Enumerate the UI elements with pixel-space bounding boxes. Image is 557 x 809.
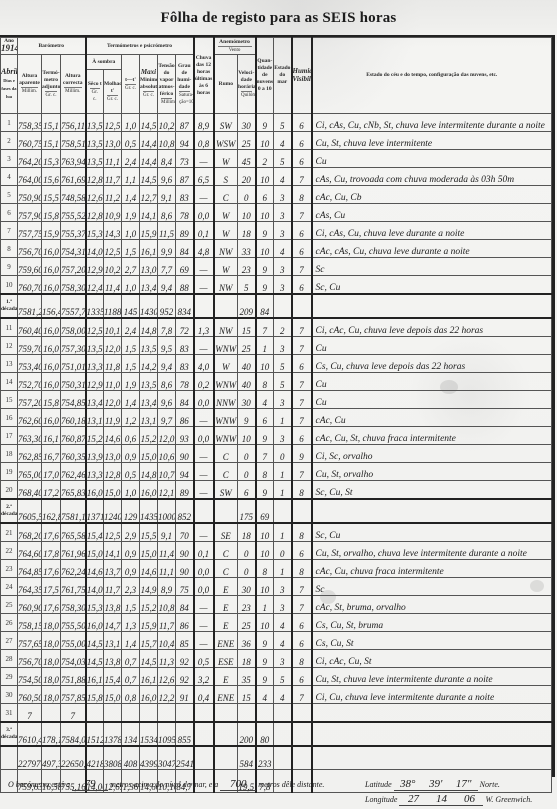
cell-alt_cor: 7 — [61, 704, 86, 723]
total-vis — [292, 294, 312, 318]
cell-humid: 86 — [176, 409, 194, 427]
cell-seco: 12,4 — [86, 276, 104, 295]
humidade-header: Grau de humi-dadeSatura-ção=100 — [176, 55, 194, 114]
cell-tens: 12,2 — [158, 686, 176, 704]
register-sheet: Ano1914 Barómetro Termómetros e psicróme… — [0, 35, 555, 777]
table-row: 10760,7016,0758,3012,411,41,013,49,488—N… — [1, 276, 552, 295]
cell-chuva: 0,0 — [194, 204, 214, 222]
cell-vis: 7 — [292, 596, 312, 614]
cell-vis: 6 — [292, 276, 312, 295]
cell-chuva: — — [194, 632, 214, 650]
cell-term: 18,0 — [42, 632, 61, 650]
cell-mar: 1 — [274, 409, 292, 427]
cell-alt_cor: 762,24 — [61, 560, 86, 578]
cell-dif: 1,0 — [122, 222, 140, 240]
barometro-header: Barómetro — [18, 38, 86, 55]
cell-molh: 11,8 — [104, 355, 122, 373]
cell-chuva: — — [194, 258, 214, 276]
cell-alt_ap: 760,75 — [18, 132, 42, 150]
day-number: 27 — [1, 632, 18, 650]
cell-dif: 2,3 — [122, 578, 140, 596]
cell-dif: 2,4 — [122, 318, 140, 337]
cell-nuv: 8 — [256, 560, 274, 578]
day-number: 29 — [1, 668, 18, 686]
cell-tens: 9,6 — [158, 391, 176, 409]
cell-seco: 13,5 — [86, 150, 104, 168]
day-number: 28 — [1, 650, 18, 668]
total-tens: 1095 — [158, 722, 176, 746]
cell-alt_ap: 760,90 — [18, 596, 42, 614]
estado-mar-header: Estado do mar — [274, 38, 292, 114]
cell-mar: 0 — [274, 445, 292, 463]
cell-chuva: — — [194, 150, 214, 168]
cell-alt_ap: 764,20 — [18, 150, 42, 168]
cell-alt_ap: 768,20 — [18, 523, 42, 542]
cell-humid: 85 — [176, 632, 194, 650]
cell-vel: 35 — [238, 668, 256, 686]
total-mar — [274, 746, 292, 770]
day-number: 3 — [1, 150, 18, 168]
total-alt_cor: 7581,14 — [61, 499, 86, 523]
table-row: 15757,2015,8754,8513,412,01,413,49,6840,… — [1, 391, 552, 409]
cell-alt_cor: 758,30 — [61, 276, 86, 295]
cell-mar: 3 — [274, 276, 292, 295]
cell-tens: 10,8 — [158, 132, 176, 150]
cell-mar: 3 — [274, 596, 292, 614]
total-humid: 2541 — [176, 746, 194, 770]
cell-humid: 88 — [176, 276, 194, 295]
cell-dif: 1,5 — [122, 240, 140, 258]
table-row: 26758,1518,0755,5016,014,71,315,911,786—… — [1, 614, 552, 632]
cell-alt_cor: 755,37 — [61, 222, 86, 240]
cell-dif: 0,7 — [122, 668, 140, 686]
cell-obs: Ci, cAc, Cu, St — [312, 650, 552, 668]
total-molh: 3808 — [104, 746, 122, 770]
cell-rumo: S — [214, 168, 238, 186]
day-number: 24 — [1, 578, 18, 596]
cell-rumo: E — [214, 578, 238, 596]
cell-alt_ap: 764,60 — [18, 542, 42, 560]
cell-nuv: 2 — [256, 150, 274, 168]
daily-records: 1758,3515,1756,1113,512,51,014,510,2878,… — [1, 114, 552, 793]
cell-tens: 10,6 — [158, 445, 176, 463]
cell-humid: 83 — [176, 355, 194, 373]
cell-chuva: — — [194, 523, 214, 542]
cell-obs: Cu — [312, 391, 552, 409]
cell-nuv: 1 — [256, 337, 274, 355]
day-number: 6 — [1, 204, 18, 222]
cell-term: 16,0 — [42, 318, 61, 337]
cell-vel: 9 — [238, 409, 256, 427]
cell-nuv: 9 — [256, 632, 274, 650]
cell-obs: Cu, St, chuva leve intermitente — [312, 132, 552, 150]
total-molh: 1188 — [104, 294, 122, 318]
velocidade-header: Veloci-dade horáriaQuilóm. — [238, 55, 256, 114]
cell-alt_cor: 761,75 — [61, 578, 86, 596]
cell-obs: Sc, Cu — [312, 276, 552, 295]
cell-alt_ap: 752,70 — [18, 373, 42, 391]
total-mar — [274, 294, 292, 318]
cell-term: 15,6 — [42, 168, 61, 186]
minimo-header: MaxiMinimo absolutoGr. c. — [140, 55, 158, 114]
cell-seco: 12,6 — [86, 186, 104, 204]
total-obs — [312, 722, 552, 746]
cell-seco: 12,9 — [86, 373, 104, 391]
cell-min: 15,9 — [140, 222, 158, 240]
day-number: 16 — [1, 409, 18, 427]
cell-alt_cor: 757,85 — [61, 686, 86, 704]
table-row: 24764,3517,5761,7514,011,72,314,98,9750,… — [1, 578, 552, 596]
cell-seco: 13,3 — [86, 463, 104, 481]
cell-mar: 4 — [274, 168, 292, 186]
cell-obs: Cu, St, chuva leve intermitente durante … — [312, 668, 552, 686]
month-header: AbrilDias e fases da lua — [1, 55, 18, 114]
cell-tens: 12,1 — [158, 481, 176, 500]
cell-alt_cor: 757,30 — [61, 337, 86, 355]
cell-molh: 14,1 — [104, 542, 122, 560]
cell-nuv: 10 — [256, 578, 274, 596]
cell-obs: cAs, Cu — [312, 204, 552, 222]
cell-term: 16,0 — [42, 355, 61, 373]
decade-label: 2.ª década — [1, 499, 18, 523]
cell-molh — [104, 704, 122, 723]
cell-vis: 7 — [292, 373, 312, 391]
total-vel: 200 — [238, 722, 256, 746]
total-rumo — [214, 722, 238, 746]
cell-humid: 84 — [176, 240, 194, 258]
cell-vel: 15 — [238, 686, 256, 704]
cell-min: 14,9 — [140, 578, 158, 596]
cell-vel: 25 — [238, 614, 256, 632]
cell-mar — [274, 704, 292, 723]
cell-nuv: 10 — [256, 168, 274, 186]
cell-humid: 69 — [176, 258, 194, 276]
cell-dif: 2,7 — [122, 258, 140, 276]
total-rumo — [214, 499, 238, 523]
cell-alt_cor: 758,00 — [61, 318, 86, 337]
cell-dif: 1,0 — [122, 114, 140, 132]
cell-molh: 13,8 — [104, 596, 122, 614]
cell-nuv: 10 — [256, 132, 274, 150]
cell-vel: 23 — [238, 596, 256, 614]
cell-vel: 30 — [238, 391, 256, 409]
cell-dif: 0,6 — [122, 427, 140, 445]
cell-molh: 10,9 — [104, 204, 122, 222]
cell-mar: 3 — [274, 650, 292, 668]
table-row: 22764,6017,8761,9615,014,10,915,011,4900… — [1, 542, 552, 560]
cell-tens: 9,6 — [158, 168, 176, 186]
cell-obs: Cu — [312, 337, 552, 355]
cell-seco: 13,9 — [86, 445, 104, 463]
cell-nuv: 9 — [256, 427, 274, 445]
cell-obs: Cs, Cu, chuva leve depois das 22 horas — [312, 355, 552, 373]
cell-dif: 1,5 — [122, 596, 140, 614]
cell-min: 15,2 — [140, 427, 158, 445]
cell-mar: 4 — [274, 240, 292, 258]
cell-alt_cor: 760,87 — [61, 427, 86, 445]
cell-humid: 78 — [176, 373, 194, 391]
cell-mar: 2 — [274, 318, 292, 337]
cell-term: 15,1 — [42, 132, 61, 150]
cell-min: 13,4 — [140, 276, 158, 295]
cell-dif: 0,7 — [122, 650, 140, 668]
cell-humid: 89 — [176, 481, 194, 500]
cell-term: 16,1 — [42, 427, 61, 445]
total-nuv: 80 — [256, 722, 274, 746]
longitude-line: Longitude 271406 W. Greenwich. — [365, 793, 532, 806]
cell-term: 17,6 — [42, 560, 61, 578]
total-molh: 1240 — [104, 499, 122, 523]
cell-alt_ap: 757,20 — [18, 391, 42, 409]
cell-min: 13,1 — [140, 409, 158, 427]
cell-alt_cor: 755,50 — [61, 614, 86, 632]
cell-obs: Cu, St, orvalho, chuva leve intermitente… — [312, 542, 552, 560]
cell-vis: 6 — [292, 542, 312, 560]
cell-obs: cAc, cAs, Cu, chuva leve durante a noite — [312, 240, 552, 258]
cell-seco: 14,0 — [86, 240, 104, 258]
cell-nuv: 6 — [256, 186, 274, 204]
cell-term: 18,0 — [42, 650, 61, 668]
cell-rumo: C — [214, 445, 238, 463]
termometros-header: Termómetros e psicrómetro — [86, 38, 194, 55]
molhado-header: Molhado t'Gr. c. — [104, 70, 122, 114]
cell-molh: 15,0 — [104, 481, 122, 500]
cell-alt_ap: 757,75 — [18, 222, 42, 240]
table-row: 3177 — [1, 704, 552, 723]
decade-total-row: 3.ª década7610,40178,17584,0415121378134… — [1, 722, 552, 746]
cell-min: 14,8 — [140, 463, 158, 481]
cell-tens: 9,4 — [158, 276, 176, 295]
cell-seco: 14,0 — [86, 578, 104, 596]
cell-alt_ap: 7 — [18, 704, 42, 723]
cell-term: 17,8 — [42, 542, 61, 560]
table-row: 27757,6518,0755,0014,513,11,415,710,485—… — [1, 632, 552, 650]
cell-min: 14,8 — [140, 318, 158, 337]
cell-mar: 3 — [274, 204, 292, 222]
cell-nuv: 9 — [256, 258, 274, 276]
altura-correcta-header: Altura correctaMillim. — [61, 55, 86, 114]
cell-alt_ap: 759,60 — [18, 258, 42, 276]
cell-min: 13,4 — [140, 391, 158, 409]
cell-dif: 0,5 — [122, 132, 140, 150]
total-tens: 3047 — [158, 746, 176, 770]
cell-humid: 83 — [176, 186, 194, 204]
table-row: 13753,4016,0751,0113,311,81,514,29,4834,… — [1, 355, 552, 373]
cell-alt_ap: 764,00 — [18, 168, 42, 186]
total-vel: 584 — [238, 746, 256, 770]
total-mar — [274, 499, 292, 523]
cell-seco: 13,4 — [86, 391, 104, 409]
tensao-header: Tensão do vapor atmos-féricoMillim. — [158, 55, 176, 114]
cell-min: 13,0 — [140, 258, 158, 276]
day-number: 10 — [1, 276, 18, 295]
cell-molh: 13,8 — [104, 650, 122, 668]
cell-humid: 94 — [176, 132, 194, 150]
cell-chuva — [194, 704, 214, 723]
cell-tens: 10,8 — [158, 596, 176, 614]
cell-mar: 5 — [274, 150, 292, 168]
cell-dif: 0,8 — [122, 686, 140, 704]
total-humid: 834 — [176, 294, 194, 318]
cell-seco: 12,5 — [86, 318, 104, 337]
cell-dif: 1,9 — [122, 373, 140, 391]
cell-term: 16,7 — [42, 445, 61, 463]
cell-min: 14,6 — [140, 560, 158, 578]
cell-molh: 12,5 — [104, 240, 122, 258]
cell-chuva: — — [194, 276, 214, 295]
cell-tens: 10,4 — [158, 632, 176, 650]
cell-term: 16,0 — [42, 276, 61, 295]
cell-vel: 0 — [238, 560, 256, 578]
day-number: 5 — [1, 186, 18, 204]
total-tens: 952 — [158, 294, 176, 318]
cell-seco: 15,8 — [86, 686, 104, 704]
latitude-line: Latitude 38°39'17" Norte. — [365, 778, 500, 791]
cell-alt_ap: 759,70 — [18, 337, 42, 355]
cell-vis: 6 — [292, 132, 312, 150]
table-row: 29754,5018,0751,8816,115,40,716,112,6923… — [1, 668, 552, 686]
day-number: 14 — [1, 373, 18, 391]
cell-vis: 7 — [292, 337, 312, 355]
cell-dif — [122, 704, 140, 723]
total-alt_ap: 7605,55 — [18, 499, 42, 523]
cell-molh: 12,0 — [104, 337, 122, 355]
cell-rumo: W — [214, 222, 238, 240]
cell-seco: 12,9 — [86, 258, 104, 276]
cell-vis: 6 — [292, 632, 312, 650]
cell-nuv: 9 — [256, 668, 274, 686]
cell-molh: 12,5 — [104, 114, 122, 132]
cell-obs: Sc — [312, 578, 552, 596]
cell-humid: 84 — [176, 596, 194, 614]
cell-min: 14,5 — [140, 168, 158, 186]
cell-term: 17,6 — [42, 523, 61, 542]
cell-tens: 9,1 — [158, 523, 176, 542]
cell-alt_cor: 765,58 — [61, 523, 86, 542]
cell-obs: Cu — [312, 150, 552, 168]
cell-alt_cor: 748,58 — [61, 186, 86, 204]
cell-humid: 90 — [176, 445, 194, 463]
total-humid: 852 — [176, 499, 194, 523]
cell-seco — [86, 704, 104, 723]
total-nuv: 233 — [256, 746, 274, 770]
cell-humid: 78 — [176, 204, 194, 222]
cell-min: 14,5 — [140, 650, 158, 668]
cell-alt_cor: 754,31 — [61, 240, 86, 258]
cell-alt_cor: 761,96 — [61, 542, 86, 560]
total-dif: 129 — [122, 499, 140, 523]
cell-term: 18,0 — [42, 668, 61, 686]
t-minus-t-header: t—t'Gr. c. — [122, 55, 140, 114]
cell-chuva: — — [194, 409, 214, 427]
cell-chuva: 4,0 — [194, 355, 214, 373]
cell-nuv: 7 — [256, 318, 274, 337]
cell-term: 15,9 — [42, 222, 61, 240]
cell-rumo: NW — [214, 276, 238, 295]
cell-obs: Sc, Cu — [312, 523, 552, 542]
cell-vel: 25 — [238, 132, 256, 150]
cell-tens: 10,2 — [158, 114, 176, 132]
total-obs — [312, 746, 552, 770]
cell-seco: 13,5 — [86, 132, 104, 150]
total-term: 497,3 — [42, 746, 61, 770]
cell-vel: 10 — [238, 204, 256, 222]
cell-vel: 36 — [238, 632, 256, 650]
estado-ceu-header: Estado do céu e do tempo, configuração d… — [312, 38, 552, 114]
total-vis — [292, 722, 312, 746]
cell-vis: 8 — [292, 186, 312, 204]
cell-term: 17,5 — [42, 578, 61, 596]
cell-dif: 1,4 — [122, 632, 140, 650]
cell-rumo: ENE — [214, 686, 238, 704]
cell-chuva: 0,1 — [194, 222, 214, 240]
chuva-header: Chuva das 12 horas últimas às 6 horas — [194, 38, 214, 114]
total-alt_ap: 7610,40 — [18, 722, 42, 746]
cell-term — [42, 704, 61, 723]
total-term: 156,4 — [42, 294, 61, 318]
cell-min: 15,0 — [140, 445, 158, 463]
table-row: 16762,6016,0760,1813,111,91,213,19,786—W… — [1, 409, 552, 427]
cell-term: 15,8 — [42, 391, 61, 409]
cell-tens: 7,8 — [158, 318, 176, 337]
cell-alt_cor: 755,52 — [61, 204, 86, 222]
cell-dif: 1,2 — [122, 409, 140, 427]
seco-header: Sêco tGr. c. — [86, 70, 104, 114]
cell-min: 15,5 — [140, 523, 158, 542]
total-rumo — [214, 746, 238, 770]
cell-vel: 18 — [238, 650, 256, 668]
cell-obs: Sc — [312, 258, 552, 276]
cell-tens: 8,4 — [158, 150, 176, 168]
cell-mar: 3 — [274, 337, 292, 355]
cell-tens: 8,6 — [158, 204, 176, 222]
cell-seco: 16,0 — [86, 614, 104, 632]
cell-chuva: 3,2 — [194, 668, 214, 686]
cell-chuva: — — [194, 614, 214, 632]
cell-chuva: — — [194, 445, 214, 463]
cell-rumo: WNW — [214, 373, 238, 391]
cell-humid: 75 — [176, 578, 194, 596]
cell-humid: 86 — [176, 614, 194, 632]
cell-nuv: 10 — [256, 542, 274, 560]
cell-chuva: 0,1 — [194, 542, 214, 560]
cell-alt_cor: 765,83 — [61, 481, 86, 500]
cell-vis: 6 — [292, 614, 312, 632]
cell-nuv: 9 — [256, 481, 274, 500]
cell-vis: 7 — [292, 578, 312, 596]
total-seco: 1335 — [86, 294, 104, 318]
cell-mar: 3 — [274, 258, 292, 276]
cell-nuv: 9 — [256, 276, 274, 295]
cell-min: 15,2 — [140, 596, 158, 614]
cell-min: 15,0 — [140, 542, 158, 560]
cell-obs: cAc, Cu, chuva fraca intermitente — [312, 560, 552, 578]
cell-chuva: 0,0 — [194, 578, 214, 596]
cell-term: 16,0 — [42, 240, 61, 258]
cell-alt_cor: 760,35 — [61, 445, 86, 463]
cell-mar: 1 — [274, 523, 292, 542]
table-row: 20768,4017,2765,8316,015,01,016,012,189—… — [1, 481, 552, 500]
cell-vis: 6 — [292, 114, 312, 132]
total-alt_cor: 7584,04 — [61, 722, 86, 746]
cell-vis: 6 — [292, 355, 312, 373]
cell-alt_cor: 763,94 — [61, 150, 86, 168]
cell-seco: 15,3 — [86, 596, 104, 614]
cell-nuv: 10 — [256, 523, 274, 542]
barometer-altitude: 79 — [72, 778, 108, 791]
table-row: 8756,7016,0754,3114,012,51,516,19,9844,8… — [1, 240, 552, 258]
cell-obs: Sc, Cu, St — [312, 481, 552, 500]
